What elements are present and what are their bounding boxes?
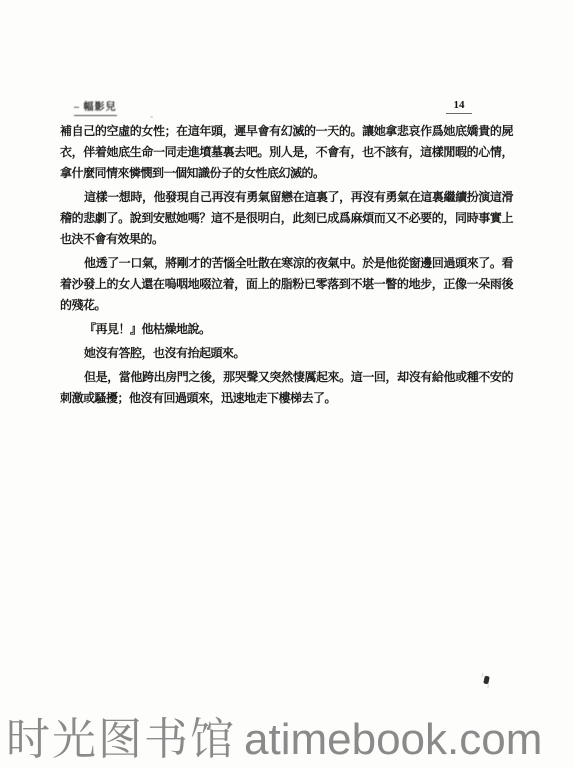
- watermark-site-name: 时光图书馆: [6, 715, 236, 764]
- scan-dust: [150, 116, 153, 118]
- scan-artifact-speck: [483, 676, 490, 685]
- paragraph: 她沒有答腔，也沒有抬起頭來。: [60, 343, 513, 364]
- paragraph: 但是，當他跨出房門之後，那哭聲又突然悽厲起來。這一回，却沒有給他或種不安的刺激或…: [60, 367, 513, 409]
- paragraph-dialogue: 『再見！』他枯燥地說。: [60, 319, 513, 340]
- paragraph: 補自己的空虛的女性；在這年頭，遲早會有幻滅的一天的。讓她拿悲哀作爲她底嬌貴的屍衣…: [60, 121, 513, 184]
- paragraph: 這樣一想時，他發現自己再沒有勇氣留戀在這裏了，再沒有勇氣在這裏繼續扮演這滑稽的悲…: [60, 187, 513, 250]
- watermark: 时光图书馆atimebook.com: [6, 703, 574, 767]
- book-text-block: 補自己的空虛的女性；在這年頭，遲早會有幻滅的一天的。讓她拿悲哀作爲她底嬌貴的屍衣…: [60, 121, 513, 412]
- scanned-book-page: 幅影兒 14 補自己的空虛的女性；在這年頭，遲早會有幻滅的一天的。讓她拿悲哀作爲…: [0, 0, 574, 768]
- page-number: 14: [446, 99, 472, 114]
- watermark-domain: atimebook.com: [244, 715, 542, 764]
- page-header: 幅影兒 14: [0, 98, 574, 116]
- running-title: 幅影兒: [74, 98, 117, 116]
- paragraph: 他透了一口氣，將剛才的苦惱全吐散在寒涼的夜氣中。於是他從窗邊回過頭來了。看着沙發…: [60, 253, 513, 316]
